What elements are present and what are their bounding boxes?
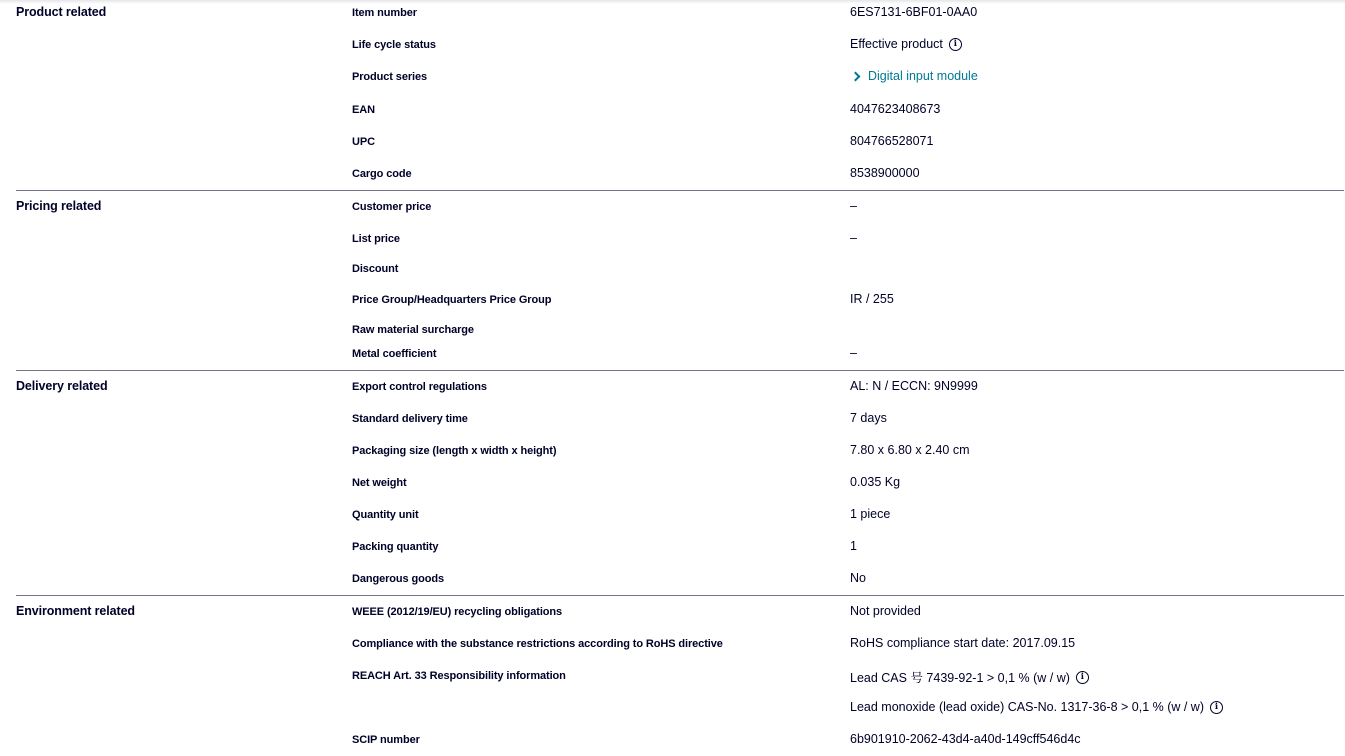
quantity-unit-value: 1 piece <box>850 507 890 521</box>
row-life-cycle-status: Life cycle status Effective product i <box>16 37 1344 57</box>
row-value: RoHS compliance start date: 2017.09.15 <box>850 636 1075 650</box>
row-value: – <box>850 346 857 360</box>
row-value: – <box>850 231 857 245</box>
upc-value: 804766528071 <box>850 134 933 148</box>
scip-number-value: 6b901910-2062-43d4-a40d-149cff546d4c <box>850 732 1081 746</box>
row-label: Quantity unit <box>352 509 419 521</box>
net-weight-value: 0.035 Kg <box>850 475 900 489</box>
packaging-size-value: 7.80 x 6.80 x 2.40 cm <box>850 443 970 457</box>
row-value: 1 piece <box>850 507 890 521</box>
delivery-time-value: 7 days <box>850 411 887 425</box>
row-label: Item number <box>352 7 417 19</box>
item-number-value: 6ES7131-6BF01-0AA0 <box>850 5 977 19</box>
row-label: Export control regulations <box>352 381 487 393</box>
row-customer-price: Customer price – <box>16 199 1344 219</box>
row-label: Life cycle status <box>352 39 436 51</box>
list-price-value: – <box>850 231 857 245</box>
metal-coefficient-value: – <box>850 346 857 360</box>
section-pricing-related: Pricing related Customer price – List pr… <box>16 190 1344 371</box>
product-series-link[interactable]: Digital input module <box>850 69 978 83</box>
row-list-price: List price – <box>16 231 1344 251</box>
row-export-control: Export control regulations AL: N / ECCN:… <box>16 379 1344 399</box>
row-reach: REACH Art. 33 Responsibility information… <box>16 668 1344 688</box>
info-icon[interactable]: i <box>949 38 962 51</box>
row-value: IR / 255 <box>850 292 894 306</box>
row-label: Raw material surcharge <box>352 324 474 336</box>
ean-value: 4047623408673 <box>850 102 940 116</box>
row-value: Effective product i <box>850 37 962 51</box>
export-control-value: AL: N / ECCN: 9N9999 <box>850 379 978 393</box>
row-upc: UPC 804766528071 <box>16 134 1344 154</box>
row-label: Standard delivery time <box>352 413 468 425</box>
row-label: Packaging size (length x width x height) <box>352 445 556 457</box>
product-series-link-text: Digital input module <box>868 69 978 83</box>
packing-quantity-value: 1 <box>850 539 857 553</box>
row-discount: Discount <box>16 261 1344 281</box>
row-value: Lead monoxide (lead oxide) CAS-No. 1317-… <box>850 700 1223 714</box>
row-label: Metal coefficient <box>352 348 437 360</box>
row-label: UPC <box>352 136 375 148</box>
row-value: 6b901910-2062-43d4-a40d-149cff546d4c <box>850 732 1081 746</box>
row-label: Dangerous goods <box>352 573 444 585</box>
row-packing-quantity: Packing quantity 1 <box>16 539 1344 559</box>
row-metal-coefficient: Metal coefficient – <box>16 346 1344 366</box>
row-value: 0.035 Kg <box>850 475 900 489</box>
row-price-group: Price Group/Headquarters Price Group IR … <box>16 292 1344 312</box>
row-value: 804766528071 <box>850 134 933 148</box>
row-label: Compliance with the substance restrictio… <box>352 638 723 650</box>
customer-price-value: – <box>850 199 857 213</box>
row-dangerous-goods: Dangerous goods No <box>16 571 1344 591</box>
row-label: WEEE (2012/19/EU) recycling obligations <box>352 606 562 618</box>
row-value: 4047623408673 <box>850 102 940 116</box>
row-value: 6ES7131-6BF01-0AA0 <box>850 5 977 19</box>
row-value: 8538900000 <box>850 166 920 180</box>
row-label: Net weight <box>352 477 407 489</box>
section-delivery-related: Delivery related Export control regulati… <box>16 370 1344 596</box>
row-value: AL: N / ECCN: 9N9999 <box>850 379 978 393</box>
price-group-value: IR / 255 <box>850 292 894 306</box>
row-product-series: Product series Digital input module <box>16 69 1344 89</box>
row-value: 7 days <box>850 411 887 425</box>
row-label: EAN <box>352 104 375 116</box>
row-label: List price <box>352 233 400 245</box>
life-cycle-value: Effective product <box>850 37 943 51</box>
row-raw-material-surcharge: Raw material surcharge <box>16 322 1344 342</box>
row-value: 1 <box>850 539 857 553</box>
row-label: Customer price <box>352 201 431 213</box>
row-packaging-size: Packaging size (length x width x height)… <box>16 443 1344 463</box>
row-cargo-code: Cargo code 8538900000 <box>16 166 1344 186</box>
row-label: Discount <box>352 263 398 275</box>
row-value: Digital input module <box>850 69 978 83</box>
row-label: Price Group/Headquarters Price Group <box>352 294 551 306</box>
row-reach-continued: Lead monoxide (lead oxide) CAS-No. 1317-… <box>16 700 1344 720</box>
row-net-weight: Net weight 0.035 Kg <box>16 475 1344 495</box>
reach-lead-monoxide-value: Lead monoxide (lead oxide) CAS-No. 1317-… <box>850 700 1204 714</box>
row-value: 7.80 x 6.80 x 2.40 cm <box>850 443 970 457</box>
row-value: No <box>850 571 866 585</box>
row-value: – <box>850 199 857 213</box>
row-scip-number: SCIP number 6b901910-2062-43d4-a40d-149c… <box>16 732 1344 752</box>
section-product-related: Product related Item number 6ES7131-6BF0… <box>16 0 1344 190</box>
row-label: REACH Art. 33 Responsibility information <box>352 670 566 682</box>
chevron-right-icon <box>851 71 861 81</box>
dangerous-goods-value: No <box>850 571 866 585</box>
rohs-value: RoHS compliance start date: 2017.09.15 <box>850 636 1075 650</box>
reach-lead-value: Lead CAS 号 7439-92-1 > 0,1 % (w / w) <box>850 668 1070 686</box>
weee-value: Not provided <box>850 604 921 618</box>
cargo-code-value: 8538900000 <box>850 166 920 180</box>
row-weee: WEEE (2012/19/EU) recycling obligations … <box>16 604 1344 624</box>
row-item-number: Item number 6ES7131-6BF01-0AA0 <box>16 5 1344 25</box>
info-icon[interactable]: i <box>1210 701 1223 714</box>
row-label: Cargo code <box>352 168 412 180</box>
row-value: Not provided <box>850 604 921 618</box>
row-value: Lead CAS 号 7439-92-1 > 0,1 % (w / w) i <box>850 668 1089 686</box>
row-standard-delivery-time: Standard delivery time 7 days <box>16 411 1344 431</box>
row-label: Packing quantity <box>352 541 438 553</box>
row-label: Product series <box>352 71 427 83</box>
row-ean: EAN 4047623408673 <box>16 102 1344 122</box>
row-quantity-unit: Quantity unit 1 piece <box>16 507 1344 527</box>
section-environment-related: Environment related WEEE (2012/19/EU) re… <box>16 595 1344 756</box>
row-label: SCIP number <box>352 734 420 746</box>
row-rohs: Compliance with the substance restrictio… <box>16 636 1344 656</box>
info-icon[interactable]: i <box>1076 671 1089 684</box>
